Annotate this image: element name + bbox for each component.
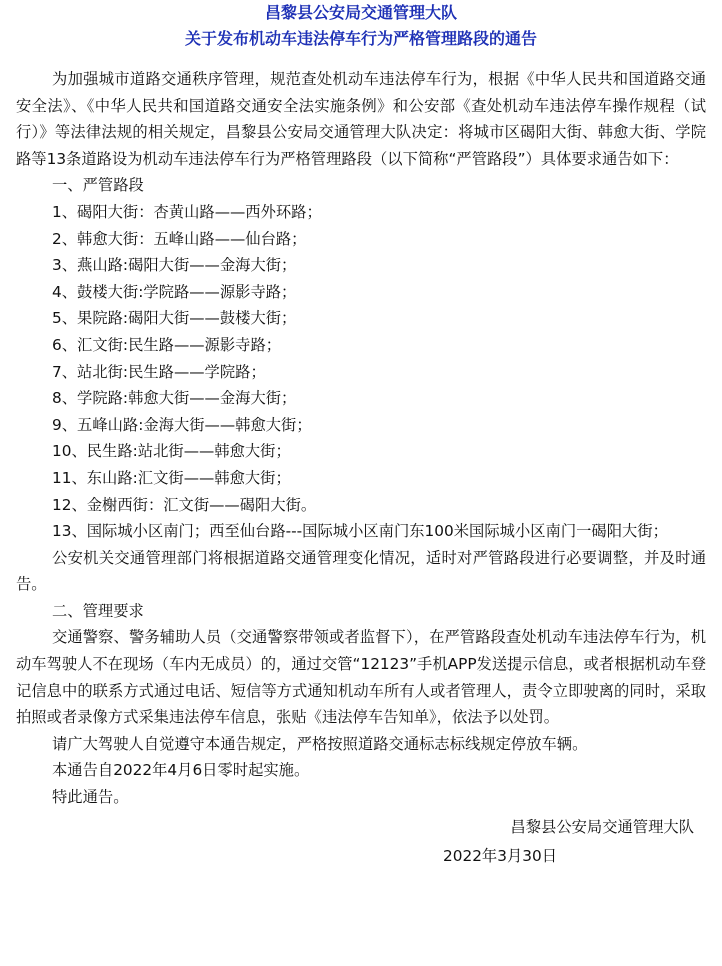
road-item: 10、民生路:站北街——韩愈大街； bbox=[16, 438, 706, 465]
road-item: 9、五峰山路:金海大街——韩愈大街； bbox=[16, 412, 706, 439]
road-item: 8、学院路:韩愈大街——金海大街； bbox=[16, 385, 706, 412]
road-item: 2、韩愈大街：五峰山路——仙台路； bbox=[16, 226, 706, 253]
adjustment-note: 公安机关交通管理部门将根据道路交通管理变化情况，适时对严管路段进行必要调整，并及… bbox=[16, 545, 706, 598]
notice-title: 关于发布机动车违法停车行为严格管理路段的通告 bbox=[0, 26, 722, 52]
road-item: 1、碣阳大街：杏黄山路——西外环路； bbox=[16, 199, 706, 226]
notice-header: 昌黎县公安局交通管理大队 关于发布机动车违法停车行为严格管理路段的通告 bbox=[0, 0, 722, 52]
appeal-paragraph: 请广大驾驶人自觉遵守本通告规定，严格按照道路交通标志标线规定停放车辆。 bbox=[16, 731, 706, 758]
effective-date-paragraph: 本通告自2022年4月6日零时起实施。 bbox=[16, 757, 706, 784]
signature: 昌黎县公安局交通管理大队 bbox=[16, 814, 706, 841]
road-item: 11、东山路:汇文街——韩愈大街； bbox=[16, 465, 706, 492]
closing-phrase: 特此通告。 bbox=[16, 784, 706, 811]
road-item: 5、果院路:碣阳大街——鼓楼大街； bbox=[16, 305, 706, 332]
issuer-title: 昌黎县公安局交通管理大队 bbox=[0, 0, 722, 26]
road-item: 4、鼓楼大街:学院路——源影寺路； bbox=[16, 279, 706, 306]
section1-heading: 一、严管路段 bbox=[16, 172, 706, 199]
notice-body: 为加强城市道路交通秩序管理，规范查处机动车违法停车行为，根据《中华人民共和国道路… bbox=[16, 66, 706, 870]
road-item: 6、汇文街:民生路——源影寺路； bbox=[16, 332, 706, 359]
road-item: 13、国际城小区南门；西至仙台路---国际城小区南门东100米国际城小区南门一碣… bbox=[16, 518, 706, 545]
intro-paragraph: 为加强城市道路交通秩序管理，规范查处机动车违法停车行为，根据《中华人民共和国道路… bbox=[16, 66, 706, 172]
management-requirements: 交通警察、警务辅助人员（交通警察带领或者监督下），在严管路段查处机动车违法停车行… bbox=[16, 624, 706, 730]
issue-date: 2022年3月30日 bbox=[16, 843, 706, 870]
road-item: 7、站北街:民生路——学院路； bbox=[16, 359, 706, 386]
section2-heading: 二、管理要求 bbox=[16, 598, 706, 625]
road-item: 3、燕山路:碣阳大街——金海大街； bbox=[16, 252, 706, 279]
road-item: 12、金榭西街：汇文街——碣阳大街。 bbox=[16, 492, 706, 519]
